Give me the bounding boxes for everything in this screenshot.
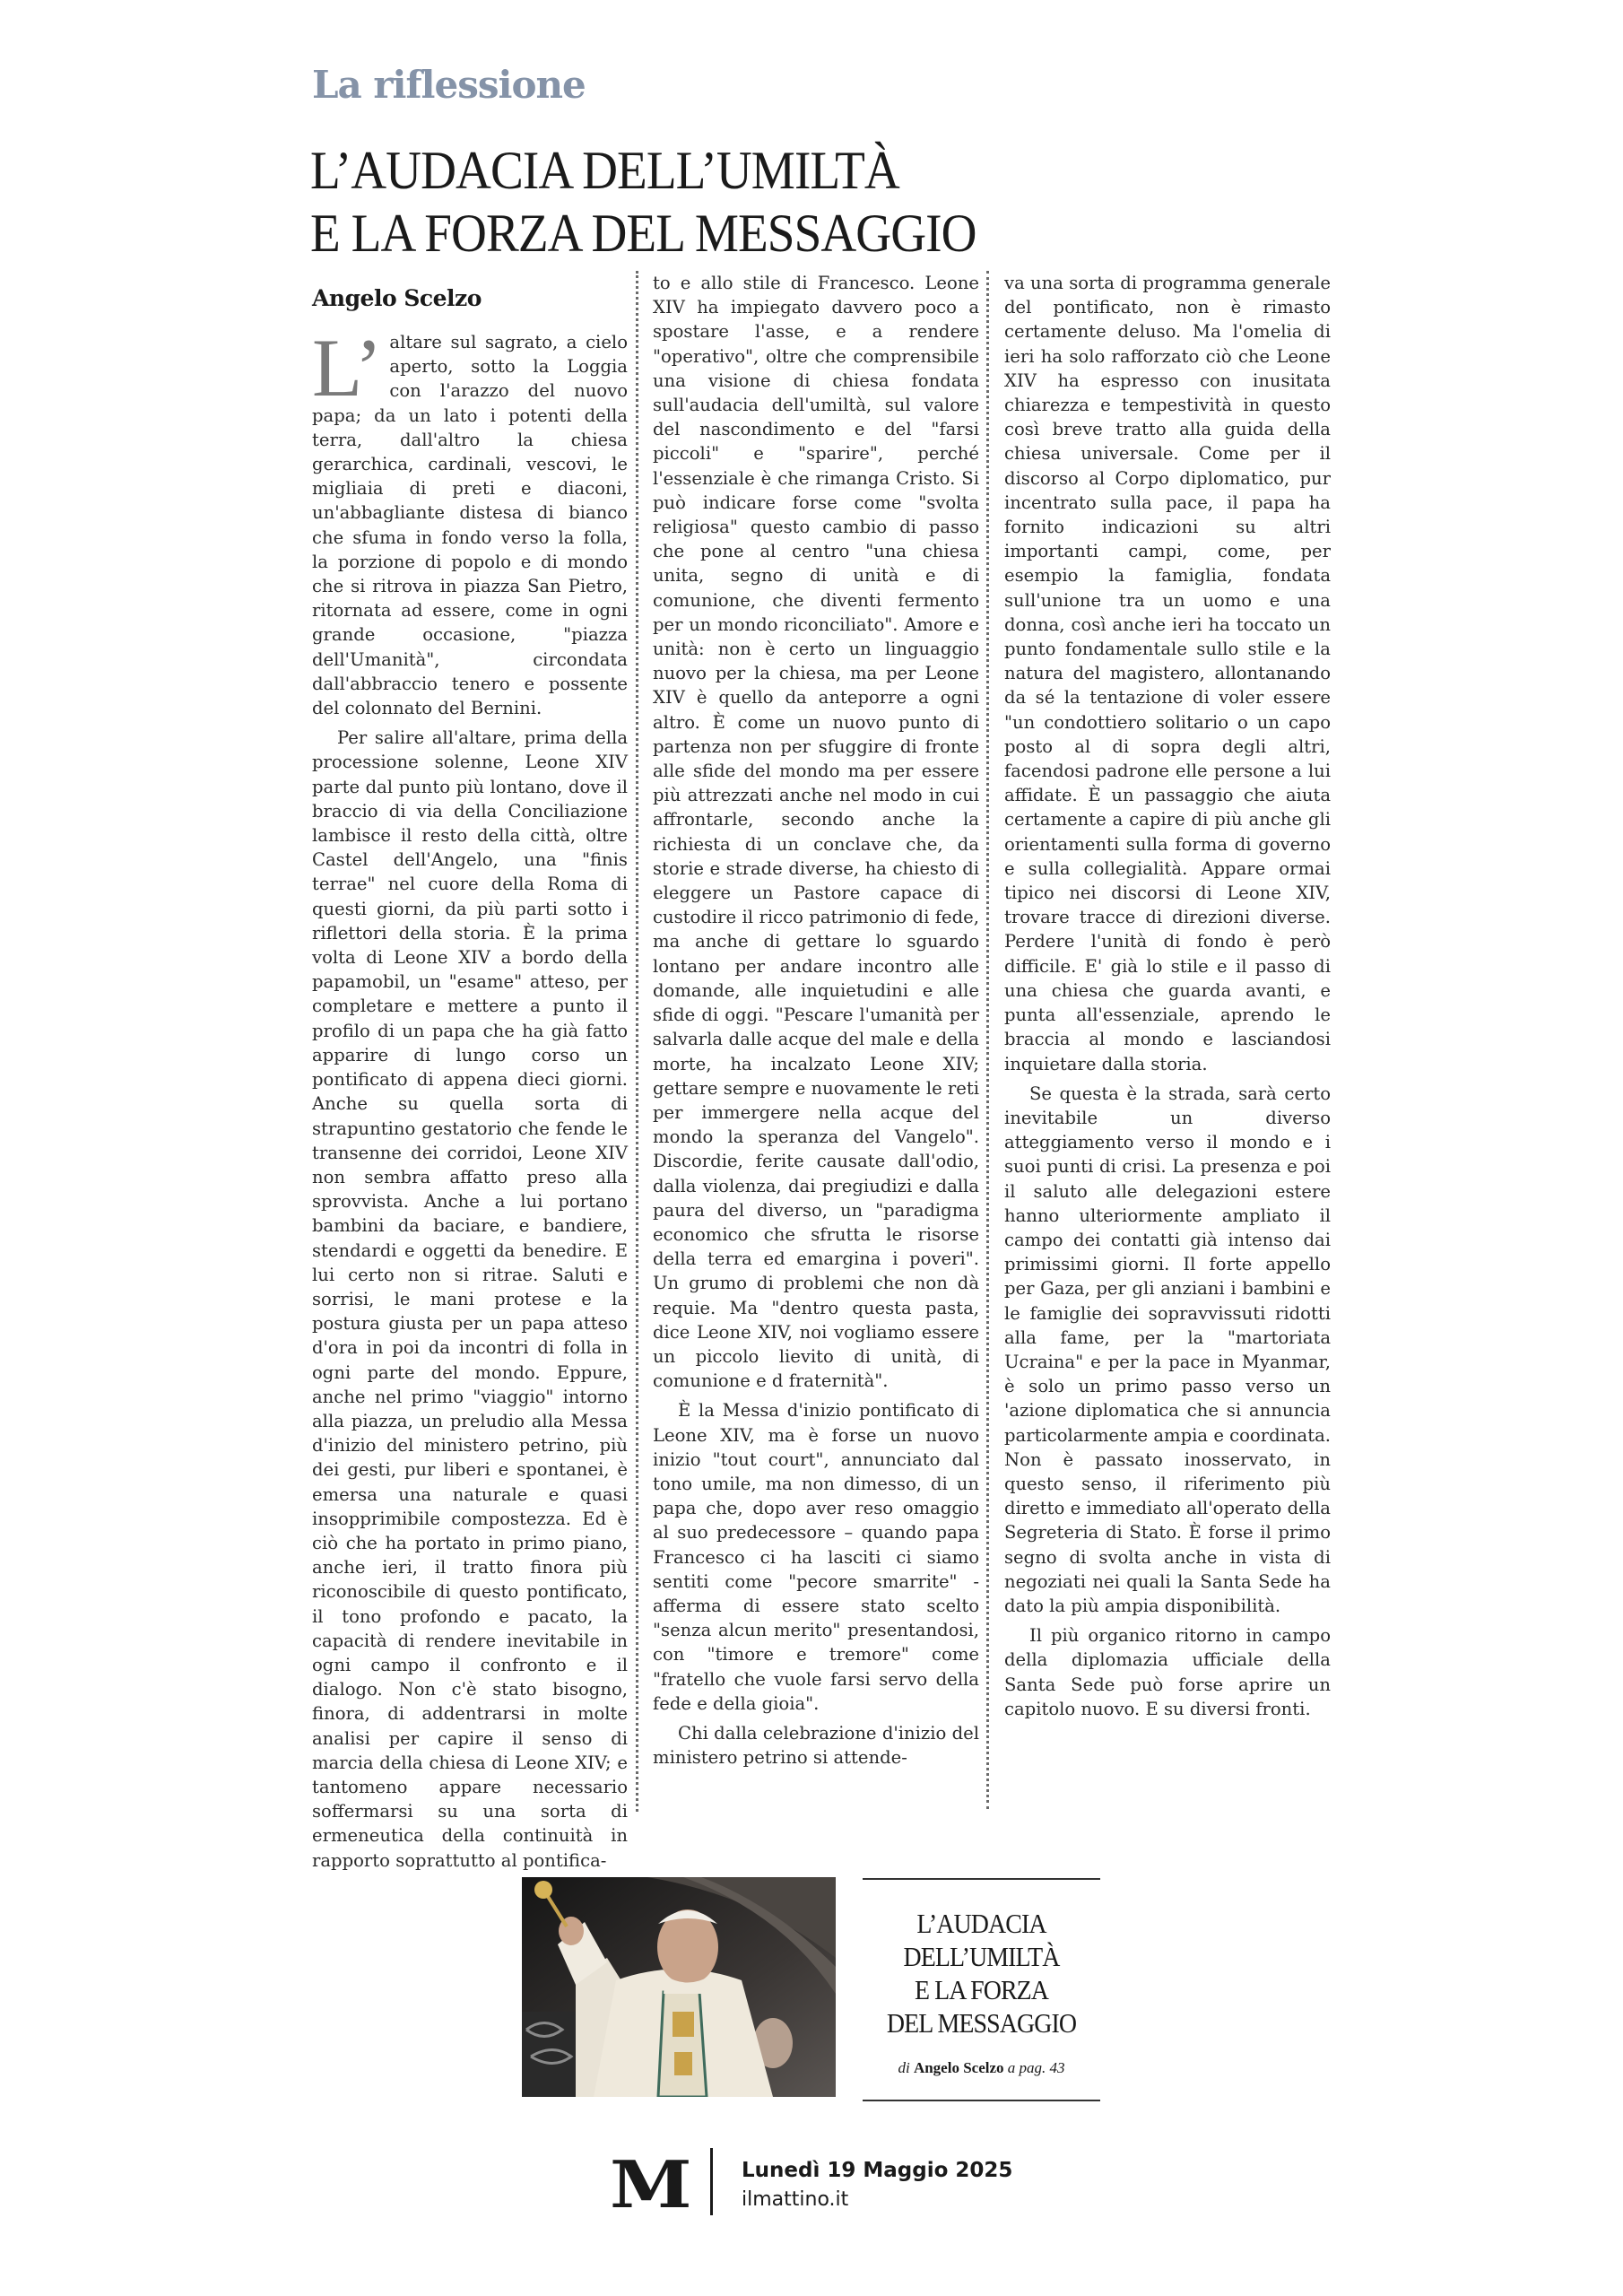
credit-author: Angelo Scelzo xyxy=(914,2059,1004,2076)
pope-photo xyxy=(522,1877,836,2097)
paragraph: È la Messa d'inizio pontificato di Leone… xyxy=(653,1398,979,1716)
teaser-title-line: L’AUDACIA xyxy=(874,1907,1089,1940)
article-headline: L’AUDACIA DELL’UMILTÀ E LA FORZA DEL MES… xyxy=(310,139,1135,265)
footer-separator xyxy=(710,2148,713,2215)
column-divider xyxy=(986,271,989,1809)
article-column-3: va una sorta di programma generale del p… xyxy=(1004,271,1331,1721)
article-column-1: L’altare sul sagrato, a cielo aperto, so… xyxy=(312,330,628,1873)
headline-line-1: L’AUDACIA DELL’UMILTÀ xyxy=(310,139,1135,202)
pope-blessing-image xyxy=(522,1877,836,2097)
section-kicker: La riflessione xyxy=(312,63,586,107)
paragraph: Il più organico ritorno in campo della d… xyxy=(1004,1623,1331,1721)
article-column-2: to e allo stile di Francesco. Leone XIV … xyxy=(653,271,979,1770)
paragraph: Chi dalla celebrazione d'inizio del mini… xyxy=(653,1721,979,1770)
paragraph: va una sorta di programma generale del p… xyxy=(1004,271,1331,1076)
teaser-title: L’AUDACIA DELL’UMILTÀ E LA FORZA DEL MES… xyxy=(874,1907,1089,2039)
credit-prefix: di xyxy=(898,2059,909,2076)
teaser-title-line: DELL’UMILTÀ xyxy=(874,1940,1089,1973)
page-reference[interactable]: a pag. 43 xyxy=(1008,2059,1065,2076)
newspaper-page: La riflessione L’AUDACIA DELL’UMILTÀ E L… xyxy=(0,0,1623,2296)
publication-date: Lunedì 19 Maggio 2025 xyxy=(742,2159,1012,2182)
author-byline: Angelo Scelzo xyxy=(312,285,482,311)
headline-line-2: E LA FORZA DEL MESSAGGIO xyxy=(310,202,1135,265)
teaser-title-line: E LA FORZA xyxy=(874,1973,1089,2006)
website-link[interactable]: ilmattino.it xyxy=(742,2188,848,2211)
teaser-title-line: DEL MESSAGGIO xyxy=(874,2006,1089,2039)
teaser-credit: di Angelo Scelzo a pag. 43 xyxy=(863,2059,1100,2077)
paragraph: L’altare sul sagrato, a cielo aperto, so… xyxy=(312,330,628,720)
paragraph: Per salire all'altare, prima della proce… xyxy=(312,726,628,1873)
paragraph: to e allo stile di Francesco. Leone XIV … xyxy=(653,271,979,1393)
drop-cap: L’ xyxy=(312,335,382,400)
paragraph: Se questa è la strada, sarà certo inevit… xyxy=(1004,1082,1331,1618)
teaser-box[interactable]: L’AUDACIA DELL’UMILTÀ E LA FORZA DEL MES… xyxy=(863,1878,1100,2101)
il-mattino-logo: M xyxy=(610,2152,692,2217)
column-divider xyxy=(636,271,638,1812)
